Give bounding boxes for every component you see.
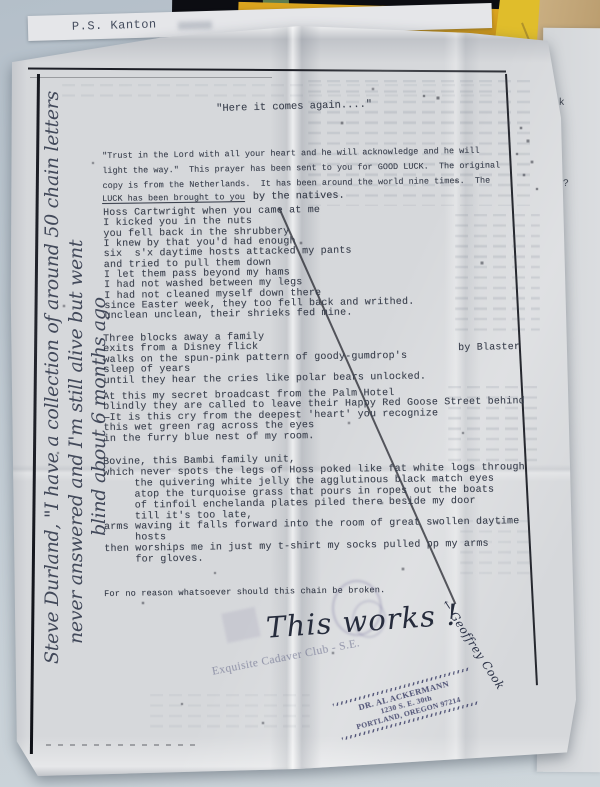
- main-sheet-wrap: "Here it comes again...." "Trust in the …: [0, 0, 600, 787]
- ackermann-address-stamp: DR. AL ACKERMANN 1230 S. E. 30th PORTLAN…: [332, 665, 480, 742]
- intro-luck-text: LUCK has been brought to you: [102, 192, 245, 204]
- bleedthrough-texture: [455, 214, 540, 332]
- stanza-hoss-cartwright: Hoss Cartwright when you came at meI kic…: [103, 205, 415, 323]
- text-line: unclean unclean, their shrieks fed mine.: [104, 308, 414, 323]
- round-ink-stamp: [352, 600, 386, 638]
- byline: by Blaster: [458, 342, 520, 354]
- text-line: blind about 6 months ago: [88, 108, 112, 664]
- main-sheet: "Here it comes again...." "Trust in the …: [0, 0, 600, 787]
- stanza-three-blocks: Three blocks away a familyexits from a D…: [103, 330, 426, 387]
- photocopy-top-border: [28, 68, 506, 73]
- margin-handwritten-note: Steve Durland, "I have a collection of a…: [41, 108, 112, 664]
- intro-natives-text: by the natives.: [253, 191, 345, 203]
- stanza-bovine: Bovine, this Bambi family unit,which nev…: [103, 452, 526, 567]
- toner-specks: [0, 0, 2, 2]
- intro-paragraph: "Trust in the Lord with all your heart a…: [102, 143, 500, 194]
- stanza-palm-hotel: At this my secret broadcast from the Pal…: [103, 387, 525, 445]
- faint-stamp-smudge: [221, 607, 260, 643]
- bleedthrough-texture: [150, 694, 310, 734]
- photocopy-bottom-marks: [46, 744, 196, 746]
- text-line: never answered and I'm still alive but w…: [65, 108, 89, 664]
- text-line: Steve Durland, "I have a collection of a…: [41, 108, 65, 664]
- photocopy-top-border-echo: [30, 77, 272, 78]
- text-line: until they hear the cries like polar bea…: [104, 372, 427, 387]
- photocopy-left-border: [30, 74, 40, 754]
- photo-of-chain-letter: k ? P.S. Kanton "Here it comes again....…: [0, 0, 600, 787]
